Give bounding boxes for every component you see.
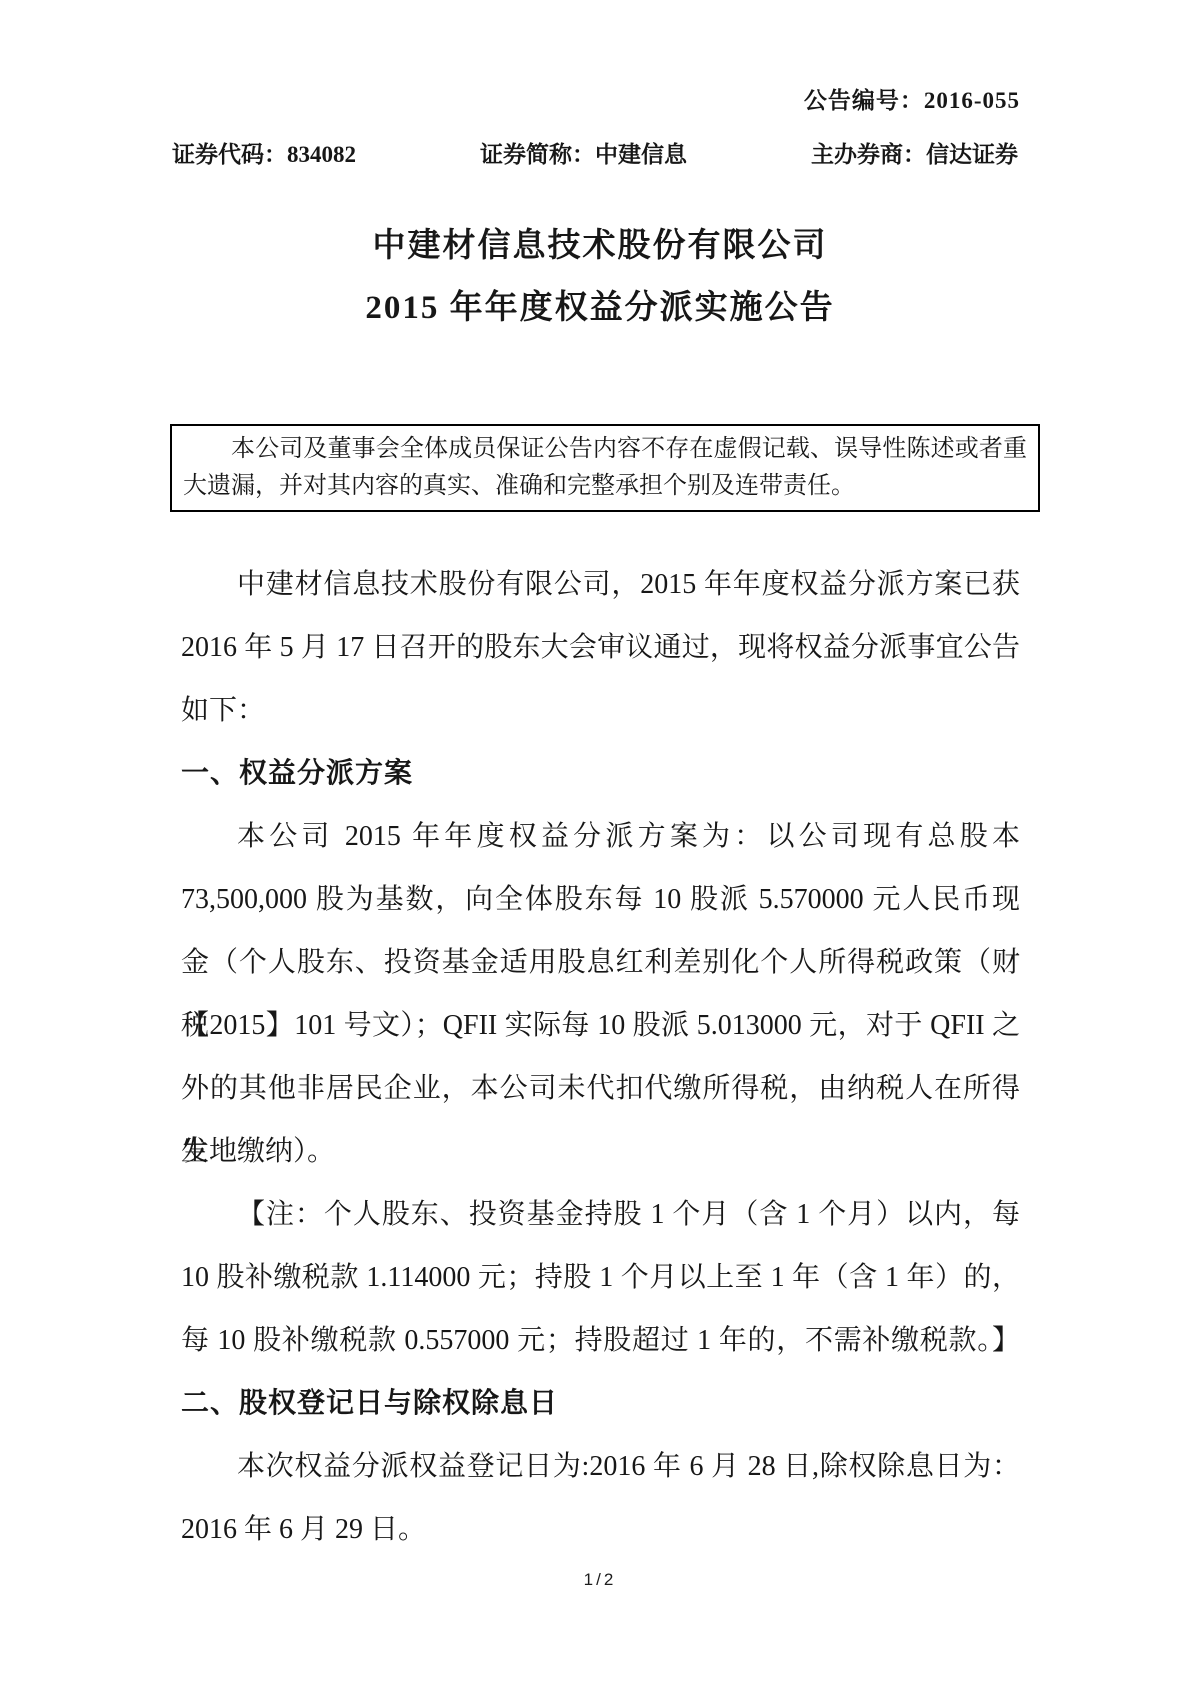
body-line: 10 股补缴税款 1.114000 元；持股 1 个月以上至 1 年（含 1 年…: [181, 1246, 1020, 1309]
document-page: 公告编号：2016-055 证券代码：834082 证券简称：中建信息 主办券商…: [0, 0, 1200, 1696]
sponsor-broker: 主办券商：信达证券: [811, 136, 1018, 169]
document-title: 中建材信息技术股份有限公司 2015 年年度权益分派实施公告: [0, 215, 1200, 339]
section-heading-1: 一、权益分派方案: [181, 742, 1020, 805]
section-heading-2: 二、股权登记日与除权除息日: [181, 1372, 1020, 1435]
body-line: 2016 年 5 月 17 日召开的股东大会审议通过，现将权益分派事宜公告: [181, 616, 1020, 679]
disclaimer-box: 本公司及董事会全体成员保证公告内容不存在虚假记载、误导性陈述或者重 大遗漏，并对…: [170, 424, 1040, 512]
notice-number: 公告编号：2016-055: [180, 82, 1020, 115]
body-line: 73,500,000 股为基数，向全体股东每 10 股派 5.570000 元人…: [181, 868, 1020, 931]
body-line: 【注：个人股东、投资基金持股 1 个月（含 1 个月）以内，每: [181, 1183, 1020, 1246]
body-line: 生地缴纳）。: [181, 1120, 1020, 1183]
document-title-line2: 2015 年年度权益分派实施公告: [0, 277, 1200, 339]
stock-short-name: 证券简称：中建信息: [480, 136, 687, 169]
securities-info-bar: 证券代码：834082 证券简称：中建信息 主办券商：信达证券: [172, 136, 1018, 169]
document-title-line1: 中建材信息技术股份有限公司: [0, 215, 1200, 277]
body-line: 金（个人股东、投资基金适用股息红利差别化个人所得税政策（财税: [181, 931, 1020, 994]
document-body: 中建材信息技术股份有限公司，2015 年年度权益分派方案已获 2016 年 5 …: [181, 553, 1020, 1561]
disclaimer-line: 本公司及董事会全体成员保证公告内容不存在虚假记载、误导性陈述或者重: [183, 431, 1027, 468]
body-line: 2016 年 6 月 29 日。: [181, 1498, 1020, 1561]
body-line: 每 10 股补缴税款 0.557000 元；持股超过 1 年的，不需补缴税款。】: [181, 1309, 1020, 1372]
body-line: 外的其他非居民企业，本公司未代扣代缴所得税，由纳税人在所得发: [181, 1057, 1020, 1120]
body-line: 【2015】101 号文）；QFII 实际每 10 股派 5.013000 元，…: [181, 994, 1020, 1057]
body-line: 如下：: [181, 679, 1020, 742]
stock-code: 证券代码：834082: [172, 136, 356, 169]
body-line: 本公司 2015 年年度权益分派方案为：以公司现有总股本: [181, 805, 1020, 868]
page-number: 1/2: [0, 1570, 1200, 1590]
body-line: 中建材信息技术股份有限公司，2015 年年度权益分派方案已获: [181, 553, 1020, 616]
body-line: 本次权益分派权益登记日为:2016 年 6 月 28 日,除权除息日为：: [181, 1435, 1020, 1498]
disclaimer-line: 大遗漏，并对其内容的真实、准确和完整承担个别及连带责任。: [183, 468, 1027, 505]
